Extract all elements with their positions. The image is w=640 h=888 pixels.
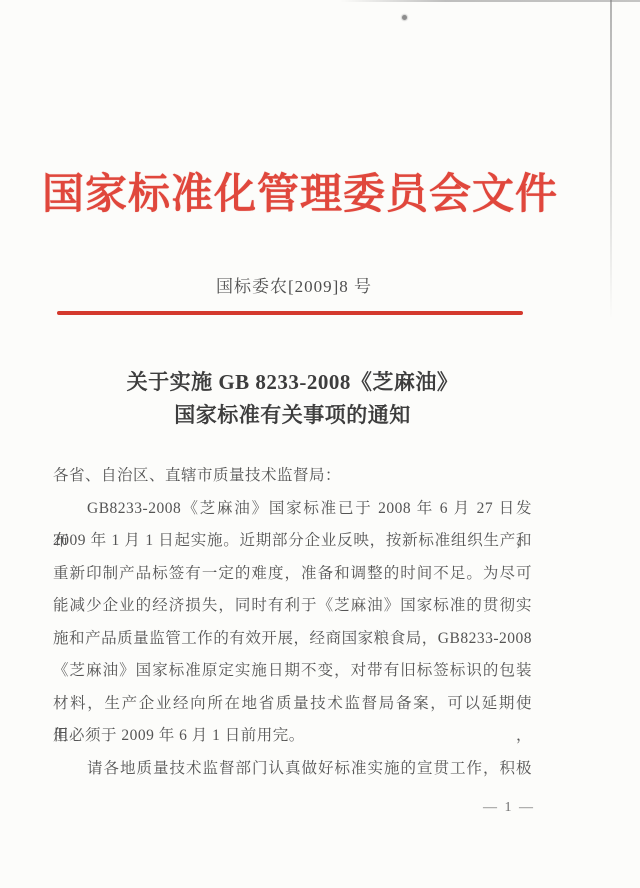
agency-masthead-title: 国家标准化管理委员会文件 [30, 168, 570, 222]
notice-title: 关于实施 GB 8233-2008《芝麻油》 国家标准有关事项的通知 [55, 366, 530, 432]
notice-title-line1: 关于实施 GB 8233-2008《芝麻油》 [55, 366, 530, 399]
body-text-line: GB8233-2008《芝麻油》国家标准已于 2008 年 6 月 27 日发布… [53, 493, 532, 526]
red-divider-rule [57, 311, 523, 315]
body-text-line: 能减少企业的经济损失，同时有利于《芝麻油》国家标准的贯彻实 [53, 590, 532, 623]
body-text-line: 请各地质量技术监督部门认真做好标准实施的宣贯工作，积极 [53, 753, 532, 786]
scan-edge-top-line [340, 0, 640, 2]
scan-speck-dot [402, 15, 407, 20]
document-page: 国家标准化管理委员会文件 国标委农[2009]8 号 关于实施 GB 8233-… [0, 0, 640, 888]
notice-title-line2: 国家标准有关事项的通知 [55, 399, 530, 432]
body-text: 各省、自治区、直辖市质量技术监督局：GB8233-2008《芝麻油》国家标准已于… [53, 460, 532, 785]
body-text-line: 重新印制产品标签有一定的难度，准备和调整的时间不足。为尽可 [53, 558, 532, 591]
page-number: — 1 — [440, 800, 535, 816]
body-text-line: 2009 年 1 月 1 日起实施。近期部分企业反映，按新标准组织生产和 [53, 525, 532, 558]
body-text-line: 施和产品质量监管工作的有效开展，经商国家粮食局，GB8233-2008 [53, 623, 532, 656]
body-text-line: 《芝麻油》国家标准原定实施日期不变，对带有旧标签标识的包装 [53, 655, 532, 688]
body-text-line: 各省、自治区、直辖市质量技术监督局： [53, 460, 532, 493]
scan-edge-right-line [610, 0, 612, 320]
document-number: 国标委农[2009]8 号 [55, 272, 533, 297]
body-text-line: 材料，生产企业经向所在地省质量技术监督局备案，可以延期使用， [53, 688, 532, 721]
